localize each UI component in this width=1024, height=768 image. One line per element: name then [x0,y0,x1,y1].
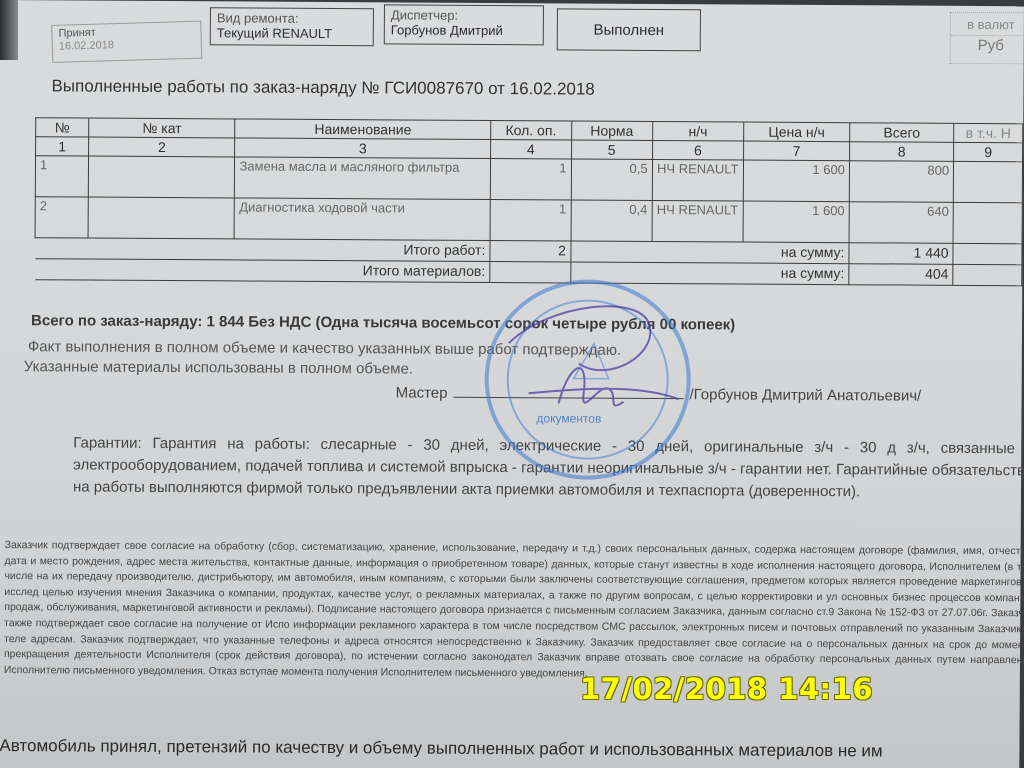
works-sum: 1 440 [849,243,953,265]
works-total-label: Итого работ: [35,238,490,262]
seal-stamp: документов [484,279,691,480]
col-number: 1 [36,137,89,156]
consent-text: Заказчик подтверждает свое согласие на о… [4,538,1024,685]
col-header: Всего [850,123,954,143]
repair-type-label: Вид ремонта: [217,10,367,26]
col-number: 2 [89,137,236,157]
row-vat [953,161,1022,202]
row-total: 800 [849,161,953,203]
page-title: Выполненные работы по заказ-наряду № ГСИ… [51,76,594,99]
row-norm: 0,5 [571,159,652,200]
repair-type-value: Текущий RENAULT [217,25,332,41]
signature-scribble-icon [488,283,695,484]
status-badge: Выполнен [557,8,701,51]
row-cat [88,156,235,198]
row-vat [953,202,1022,243]
stamp-text: документов [536,411,601,425]
materials-total-label: Итого материалов: [35,259,490,283]
dispatcher-label: Диспетчер: [391,7,537,23]
currency-label: в валют [951,15,1024,35]
accepted-label: Принят [58,24,194,41]
col-number: 3 [235,138,491,159]
row-total: 640 [849,202,953,244]
materials-used-line: Указанные материалы использованы в полно… [24,358,413,377]
document-page: Принят 16.02.2018 Вид ремонта: Текущий R… [0,0,1024,768]
works-sum-label: на сумму: [570,241,849,264]
row-qty: 1 [490,199,571,240]
col-number: 5 [571,140,652,159]
col-header: № [36,118,89,137]
row-price: 1 600 [743,160,849,202]
table-row: 1 Замена масла и масляного фильтра 1 0,5… [35,156,1022,203]
row-cat [88,197,235,239]
row-no: 1 [35,156,88,197]
works-table: № № кат Наименование Кол. оп. Норма н/ч … [34,117,1023,286]
col-header: в т.ч. Н [954,123,1023,142]
row-unit: НЧ RENAULT [652,159,744,201]
dispatcher-value: Горбунов Дмитрий [391,22,503,38]
works-total-qty: 2 [490,240,571,261]
col-header: Наименование [235,119,491,140]
row-no: 2 [35,197,88,238]
camera-timestamp: 17/02/2018 14:16 [580,672,873,706]
row-name: Замена масла и масляного фильтра [235,157,491,200]
col-header: Норма [571,121,652,140]
materials-sum: 404 [849,264,953,286]
col-number: 6 [652,140,743,160]
row-price: 1 600 [743,201,849,243]
row-unit: НЧ RENAULT [652,200,744,242]
col-header: Кол. оп. [491,120,572,139]
desk-edge [0,0,18,60]
col-number: 9 [954,142,1023,161]
col-header: № кат [89,118,236,138]
table-row: 2 Диагностика ходовой части 1 0,4 НЧ REN… [35,197,1022,244]
row-name: Диагностика ходовой части [235,198,491,241]
col-header: Цена н/ч [744,122,850,142]
col-header: н/ч [652,121,743,141]
repair-type-box: Вид ремонта: Текущий RENAULT [210,7,374,46]
master-name: /Горбунов Дмитрий Анатольевич/ [689,386,921,404]
currency-value: Руб [951,35,1024,56]
col-number: 7 [743,141,849,161]
col-number: 8 [850,142,954,162]
materials-sum-label: на сумму: [570,262,849,285]
currency-box: в валют Руб [950,12,1024,64]
master-label: Мастер [396,384,448,401]
row-qty: 1 [490,158,571,199]
col-number: 4 [490,139,571,158]
acceptance-line: Автомобиль принял, претензий по качеству… [0,736,883,761]
row-norm: 0,4 [571,200,652,241]
accepted-box: Принят 16.02.2018 [51,21,202,63]
dispatcher-box: Диспетчер: Горбунов Дмитрий [384,4,544,45]
accepted-date: 16.02.2018 [59,39,114,53]
